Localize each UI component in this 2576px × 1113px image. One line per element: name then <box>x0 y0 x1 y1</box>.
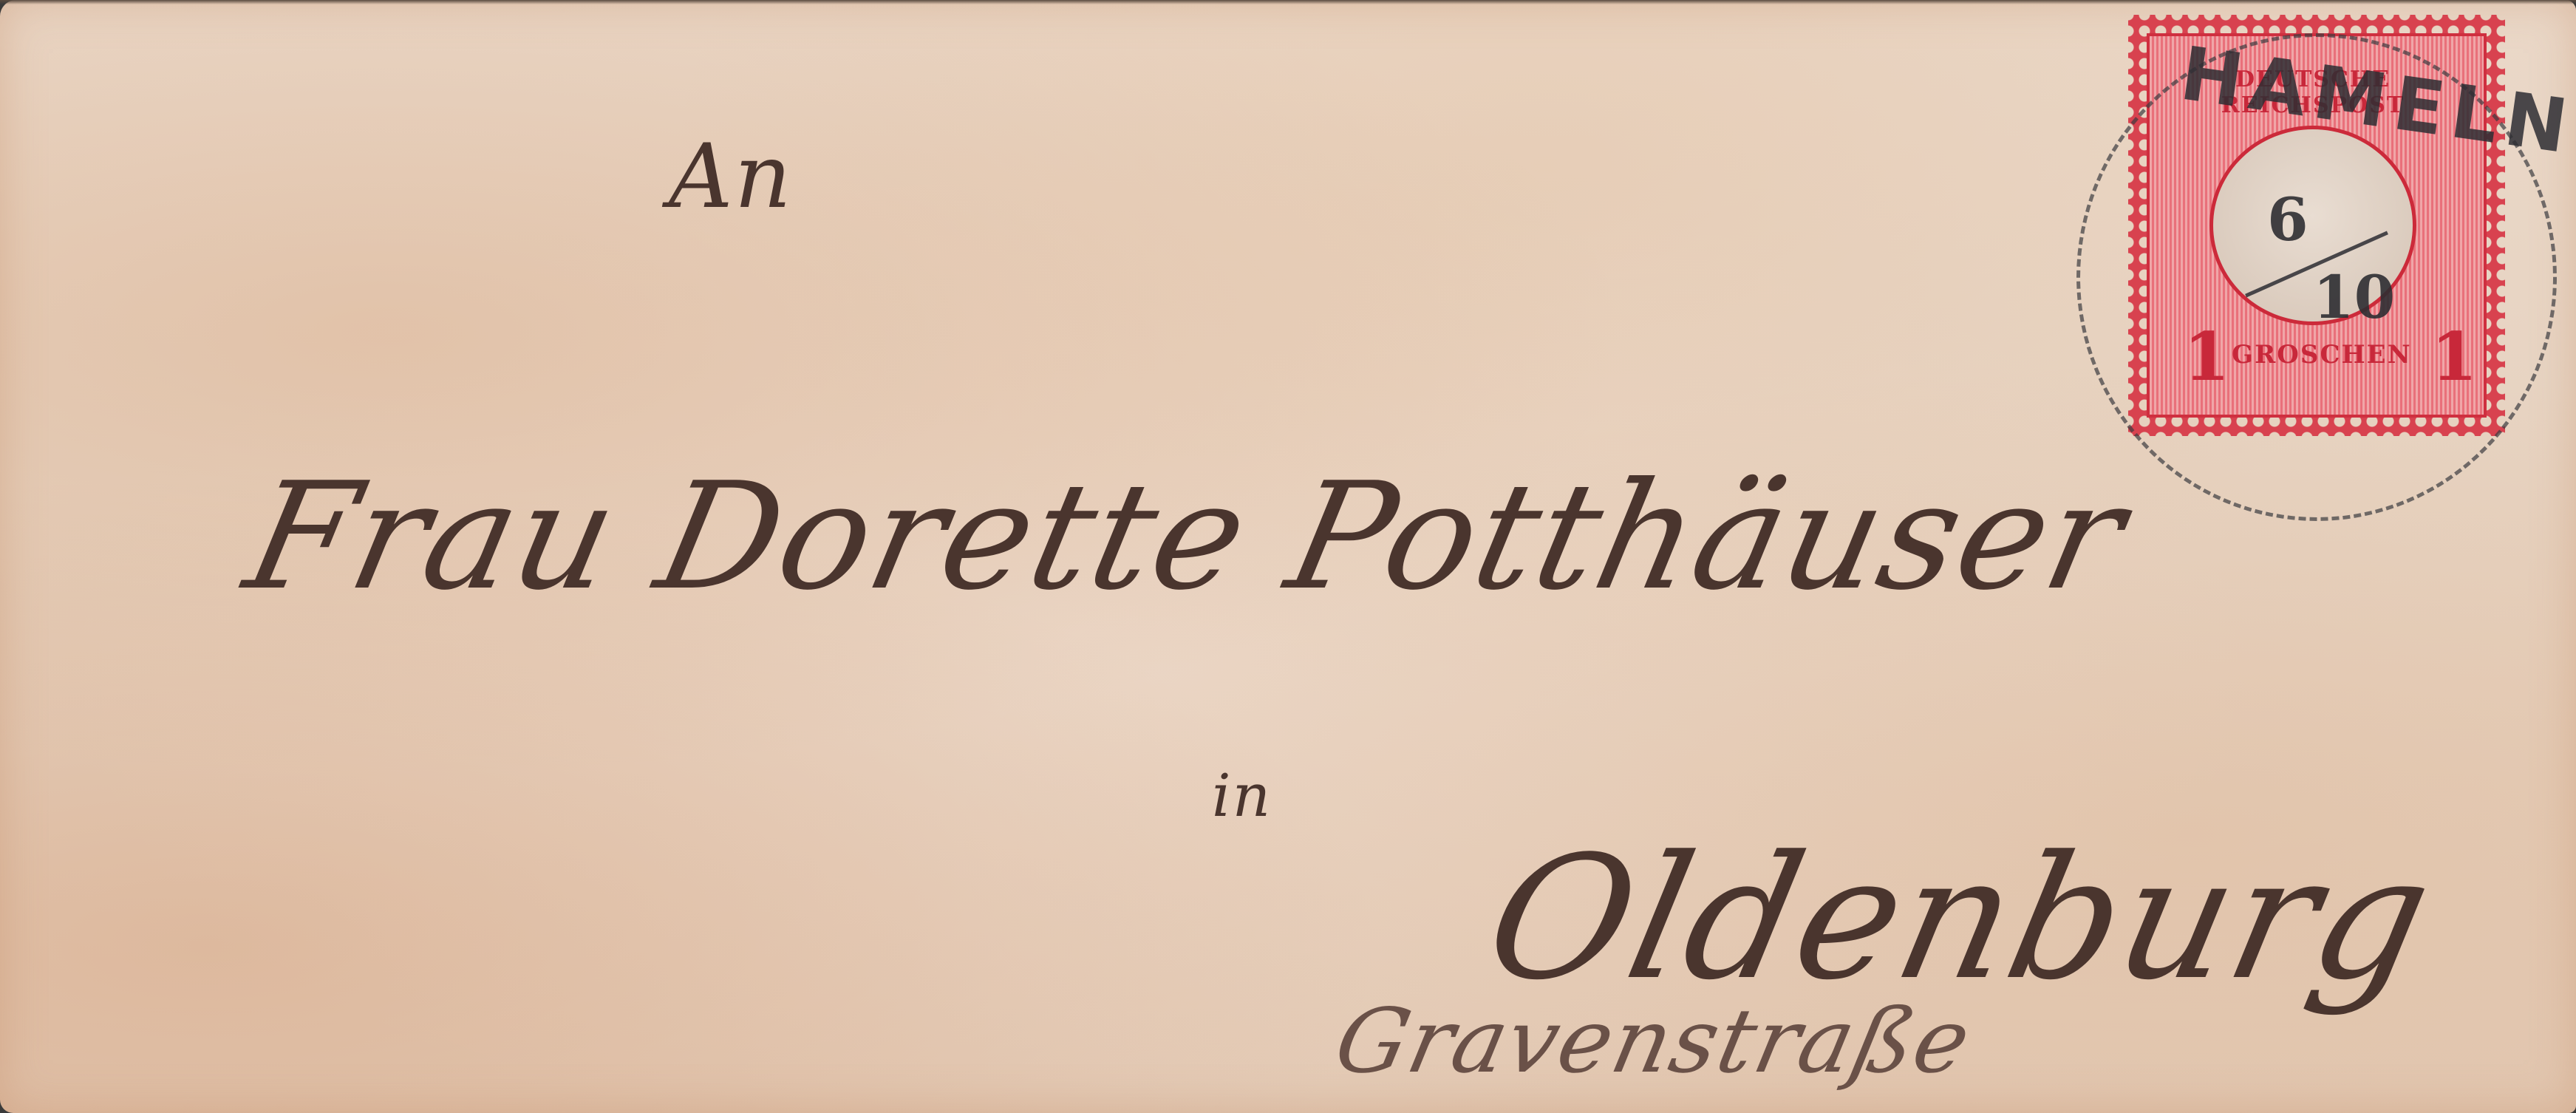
destination-city: Oldenburg <box>1472 820 2448 1018</box>
postmark-day: 6 <box>2267 185 2308 254</box>
recipient-name: Frau Dorette Potthäuser <box>233 451 2139 623</box>
envelope-top-edge <box>0 0 2576 4</box>
postmark-month: 10 <box>2313 262 2395 332</box>
destination-street: Gravenstraße <box>1326 990 1980 1093</box>
preposition-text: in <box>1212 761 1272 830</box>
salutation-text: An <box>669 126 793 228</box>
